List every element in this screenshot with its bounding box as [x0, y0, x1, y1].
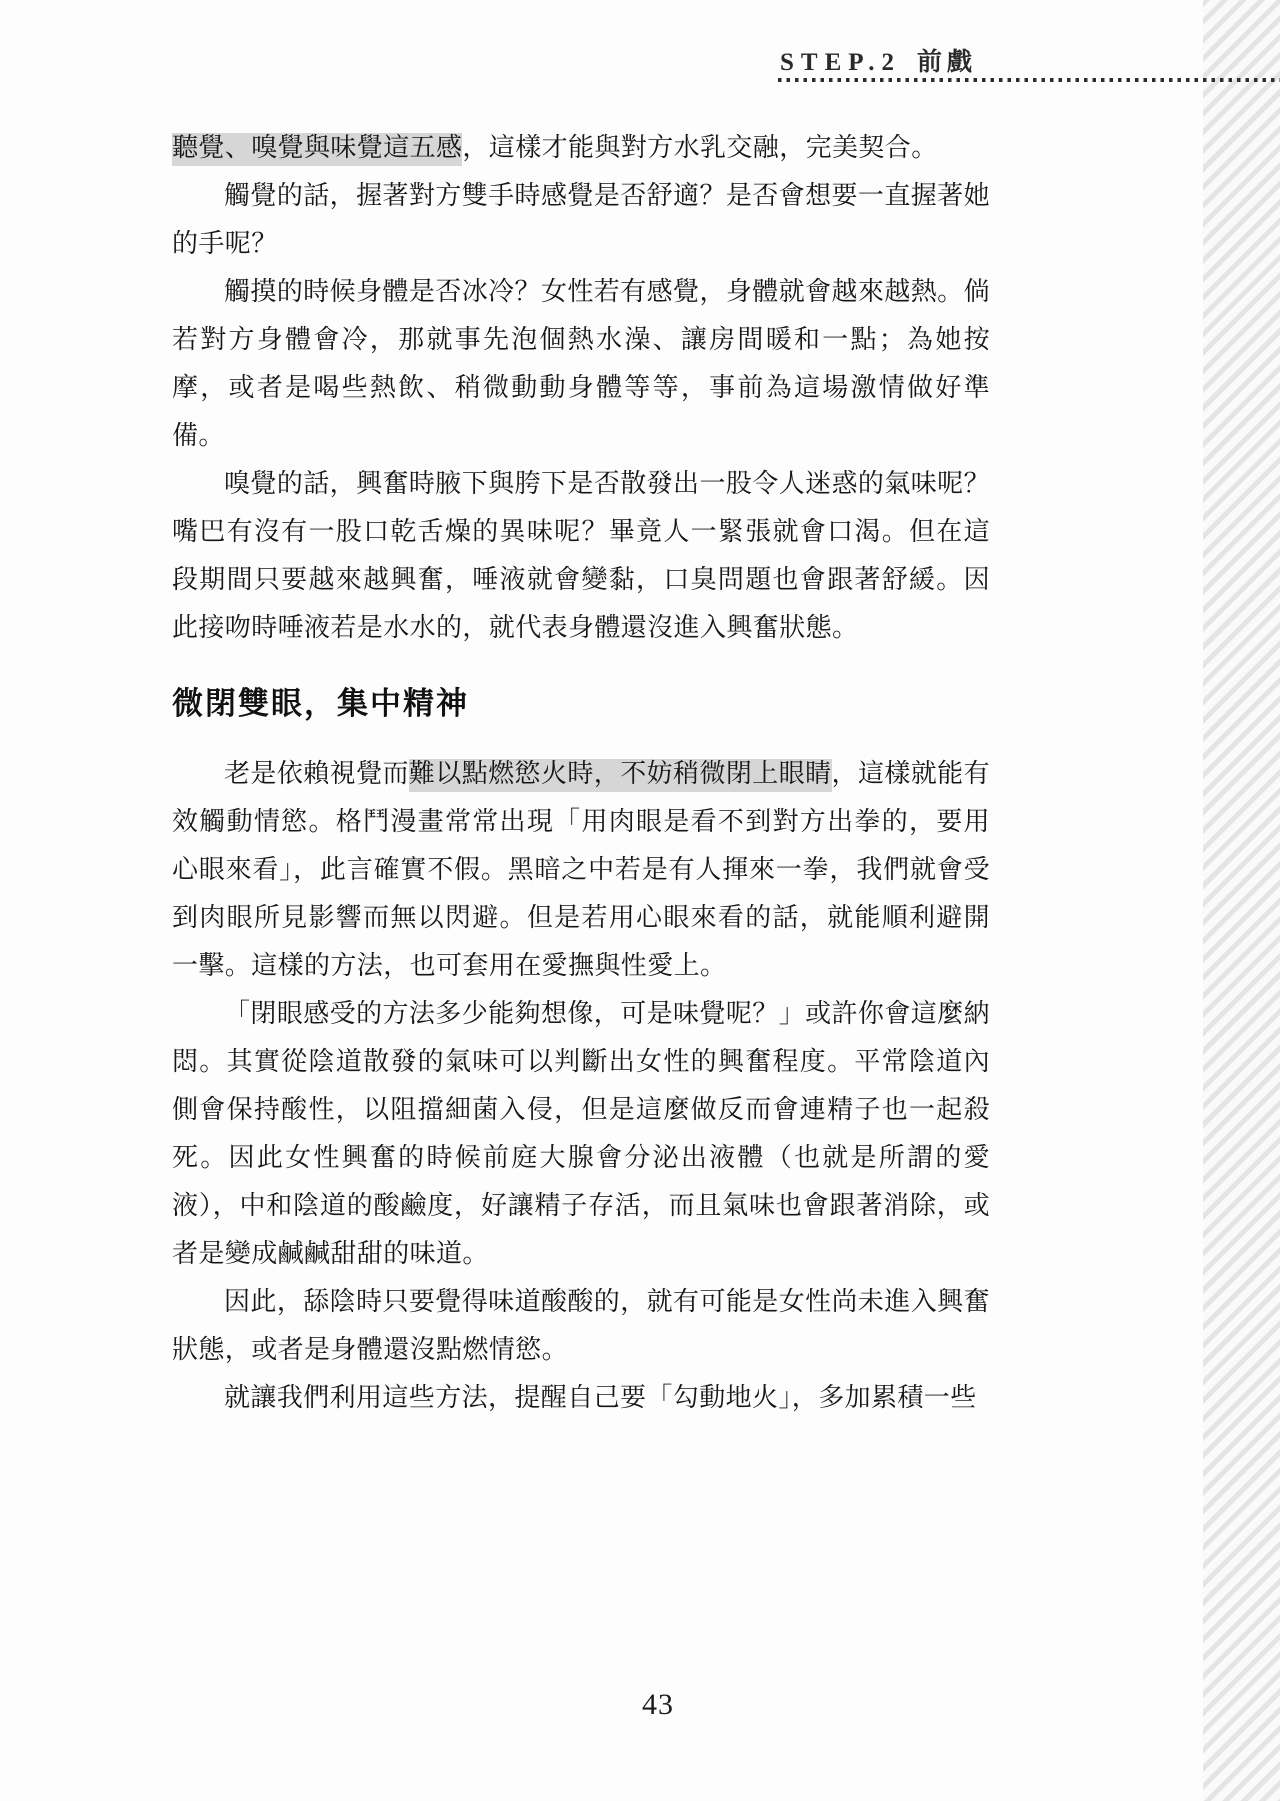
paragraph-8: 就讓我們利用這些方法，提醒自己要「勾動地火」，多加累積一些	[172, 1374, 990, 1422]
paragraph-5-pre: 老是依賴視覺而	[224, 759, 409, 788]
highlighted-phrase-2: 難以點燃慾火時，不妨稍微閉上眼睛	[409, 759, 832, 788]
book-page: STEP.2前戲 聽覺、嗅覺與味覺這五感，這樣才能與對方水乳交融，完美契合。 觸…	[0, 0, 1280, 1801]
chapter-title: 前戲	[917, 48, 977, 76]
page-number: 43	[642, 1688, 674, 1722]
paragraph-5-post: ，這樣就能有效觸動情慾。格鬥漫畫常常出現「用肉眼是看不到對方出拳的，要用心眼來看…	[172, 759, 990, 980]
running-head: STEP.2前戲	[780, 42, 977, 78]
paragraph-1: 聽覺、嗅覺與味覺這五感，這樣才能與對方水乳交融，完美契合。	[172, 124, 990, 172]
step-label: STEP.2	[780, 49, 901, 76]
paragraph-7: 因此，舔陰時只要覺得味道酸酸的，就有可能是女性尚未進入興奮狀態，或者是身體還沒點…	[172, 1278, 990, 1374]
diagonal-stripe-band	[1203, 0, 1280, 1801]
paragraph-2: 觸覺的話，握著對方雙手時感覺是否舒適？是否會想要一直握著她的手呢？	[172, 172, 990, 268]
paragraph-5: 老是依賴視覺而難以點燃慾火時，不妨稍微閉上眼睛，這樣就能有效觸動情慾。格鬥漫畫常…	[172, 750, 990, 990]
paragraph-3: 觸摸的時候身體是否冰冷？女性若有感覺，身體就會越來越熱。倘若對方身體會冷，那就事…	[172, 268, 990, 460]
paragraph-4: 嗅覺的話，興奮時腋下與胯下是否散發出一股令人迷惑的氣味呢？嘴巴有沒有一股口乾舌燥…	[172, 460, 990, 652]
highlighted-phrase-1: 聽覺、嗅覺與味覺這五感	[172, 133, 462, 162]
section-heading: 微閉雙眼，集中精神	[172, 682, 990, 726]
body-text-column: 聽覺、嗅覺與味覺這五感，這樣才能與對方水乳交融，完美契合。 觸覺的話，握著對方雙…	[172, 124, 990, 1422]
header-dotted-rule	[778, 78, 1280, 82]
paragraph-1-rest: ，這樣才能與對方水乳交融，完美契合。	[462, 133, 937, 162]
paragraph-6: 「閉眼感受的方法多少能夠想像，可是味覺呢？」或許你會這麼納悶。其實從陰道散發的氣…	[172, 990, 990, 1278]
